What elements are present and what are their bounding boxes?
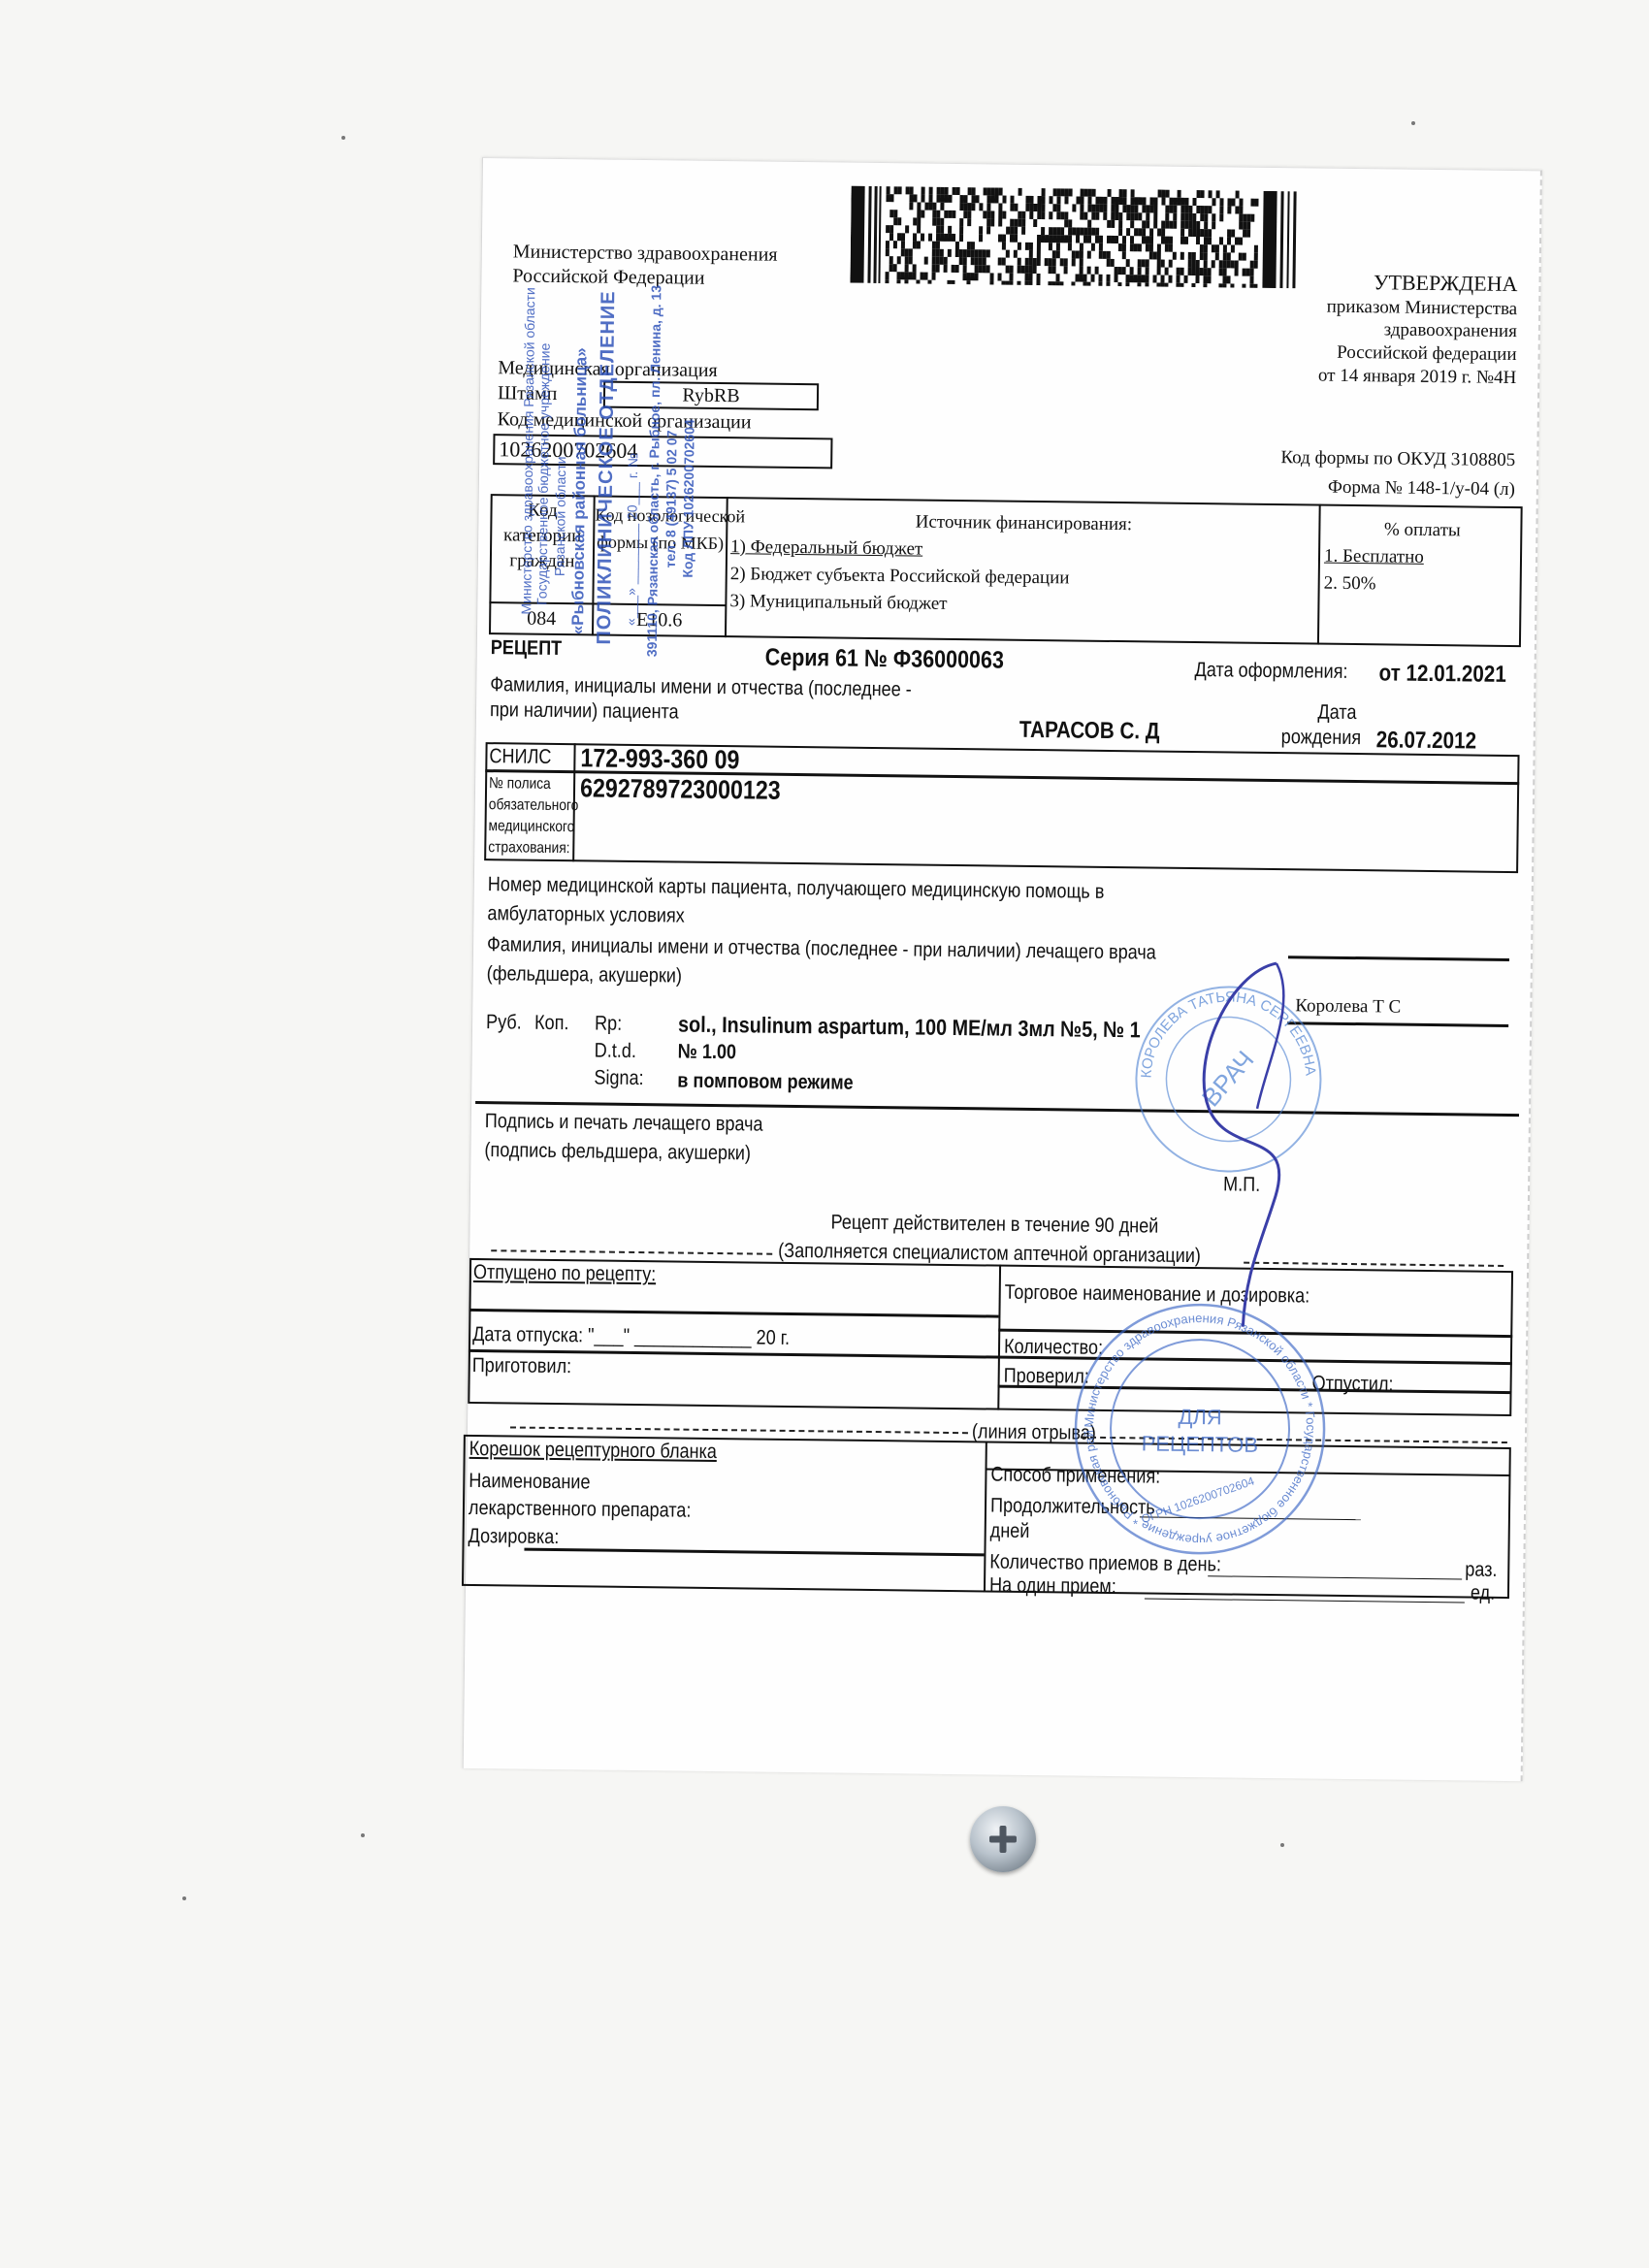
scan-speck [1280,1843,1284,1847]
stub-method-field[interactable]: Способ применения: [990,1463,1160,1490]
patient-name-label: Фамилия, инициалы имени и отчества (посл… [490,672,912,728]
dtd-value: № 1.00 [678,1040,737,1066]
label-line: Дата [1281,699,1357,726]
tear-dashed-line [510,1426,968,1434]
svg-text:КОРОЛЕВА ТАТЬЯНА СЕРГЕЕВНА: КОРОЛЕВА ТАТЬЯНА СЕРГЕЕВНА [1138,988,1319,1081]
rub-label: Руб. [486,1010,522,1036]
released-by-field[interactable]: Отпустил: [1311,1372,1393,1398]
stamp-line: «___» ________ 20___ г. № [623,453,640,626]
payment-cell: % оплаты 1. Бесплатно 2. 50% [1322,516,1523,600]
pdf417-barcode [850,186,1302,289]
doctor-name: Королева Т С [1295,994,1401,1019]
validity-note: Рецепт действителен в течение 90 дней [830,1210,1158,1239]
stamp-line: Код ЛПУ 1026200702604 [680,419,697,578]
doctor-name-label: Фамилия, инициалы имени и отчества (посл… [487,930,1156,996]
trade-name-label[interactable]: Торговое наименование и дозировка: [1005,1280,1310,1310]
medical-card-label: Номер медицинской карты пациента, получа… [487,870,1104,936]
stamp-line: Государственное бюджетное учреждение [533,343,552,605]
stamp-place-label: М.П. [1223,1172,1260,1198]
label-line: Наименование [469,1468,692,1498]
stub-duration-field[interactable]: Продолжительность дней [990,1494,1155,1546]
prescription-title: РЕЦЕПТ [491,635,563,662]
label-line: обязательного [489,794,579,817]
label-line: Продолжительность [990,1494,1155,1521]
label-line: Подпись и печать лечащего врача [485,1107,763,1140]
stamp-line: «Рыбновская районная больница» [568,347,592,634]
approved-line: Российской федерации [1318,341,1517,367]
stamp-field: RybRB [603,381,819,411]
dispense-date-field[interactable]: Дата отпуска: "___" ____________ 20 г. [472,1322,790,1351]
patient-name: ТАРАСОВ С. Д [1019,716,1160,747]
label-line: медицинского [488,816,578,838]
svg-text:ВРАЧ: ВРАЧ [1196,1045,1260,1112]
prescription-form: Министерство здравоохранения Российской … [463,157,1542,1781]
scan-speck [182,1896,186,1900]
checked-by-field[interactable]: Проверил: [1004,1364,1090,1390]
stamp-value: RybRB [605,383,817,409]
approved-line: от 14 января 2019 г. №4Н [1318,364,1517,389]
label-line: (подпись фельдшера, акушерки) [484,1136,762,1169]
rp-value: sol., Insulinum aspartum, 100 МЕ/мл 3мл … [678,1011,1141,1045]
dashed-line [1244,1262,1503,1267]
signature-label: Подпись и печать лечащего врача (подпись… [484,1107,762,1168]
scan-speck [341,136,345,140]
approved-line: приказом Министерства [1319,295,1518,320]
label-line: лекарственного препарата: [469,1495,692,1525]
stub-drug-name-label: Наименование лекарственного препарата: [469,1468,692,1525]
financing-cell: Источник финансирования: 1) Федеральный … [727,506,1318,622]
quantity-field[interactable]: Количество: [1004,1335,1103,1361]
times-unit: раз. [1465,1557,1498,1583]
ministry-line-1: Министерство здравоохранения [513,240,778,267]
birth-date-label: Дата рождения [1281,699,1357,751]
ministry-line-2: Российской Федерации [512,264,777,291]
signa-value: в помповом режиме [677,1069,854,1096]
label-line: рождения [1281,725,1357,751]
label-line: № полиса [489,773,579,795]
stub-dose-field[interactable]: На один прием: [989,1573,1116,1601]
birth-date: 26.07.2012 [1376,726,1477,756]
scan-speck [361,1833,365,1837]
snils-label: СНИЛС [489,744,551,770]
rp-label: Rp: [595,1011,622,1037]
dashed-line [491,1249,772,1255]
issue-date: от 12.01.2021 [1378,659,1506,690]
clinic-stamp: Министерство здравоохранения Рязанской о… [483,158,1540,171]
okud-code: Код формы по ОКУД 3108805 [1280,446,1515,472]
card-number-line [1288,956,1509,961]
label-line: страхования: [488,837,578,859]
label-line: при наличии) пациента [490,697,912,728]
payment-header: % оплаты [1322,516,1522,546]
dispensed-label: Отпущено по рецепту: [473,1260,657,1288]
form-number: Форма № 148-1/у-04 (л) [1280,475,1515,502]
stub-dosage-label: Дозировка: [468,1524,559,1550]
payment-option-50[interactable]: 2. 50% [1322,570,1522,600]
stamp-line: тел. 8 (49137) 5 02 07 [663,430,680,567]
scan-speck [1411,121,1415,125]
prepared-by-field[interactable]: Приготовил: [472,1353,572,1379]
prescription-series: Серия 61 № Ф36000063 [765,643,1005,676]
doctor-name-line [1287,1021,1508,1027]
policy-label: № полиса обязательного медицинского стра… [488,773,579,859]
signa-label: Signa: [594,1065,644,1091]
stamp-line: ПОЛИКЛИНИЧЕСКОЕ ОТДЕЛЕНИЕ [594,290,620,644]
form-codes: Код формы по ОКУД 3108805 Форма № 148-1/… [1280,446,1515,501]
approved-title: УТВЕРЖДЕНА [1319,269,1518,298]
kop-label: Коп. [534,1011,569,1037]
screw-icon [970,1806,1036,1872]
stamp-line: Рязанской области [552,456,569,576]
dtd-label: D.t.d. [595,1038,636,1064]
approval-block: УТВЕРЖДЕНА приказом Министерства здравоо… [1318,269,1518,390]
ministry-title: Министерство здравоохранения Российской … [512,240,777,291]
stub-title: Корешок рецептурного бланка [469,1437,718,1465]
dose-line [1145,1598,1465,1603]
issue-date-label: Дата оформления: [1194,658,1347,685]
policy-value: 6292789723000123 [580,772,781,807]
payment-option-free[interactable]: 1. Бесплатно [1324,546,1424,567]
dose-unit: ед. [1471,1581,1496,1607]
approved-line: здравоохранения [1318,318,1517,343]
label-line: дней [990,1519,1155,1546]
